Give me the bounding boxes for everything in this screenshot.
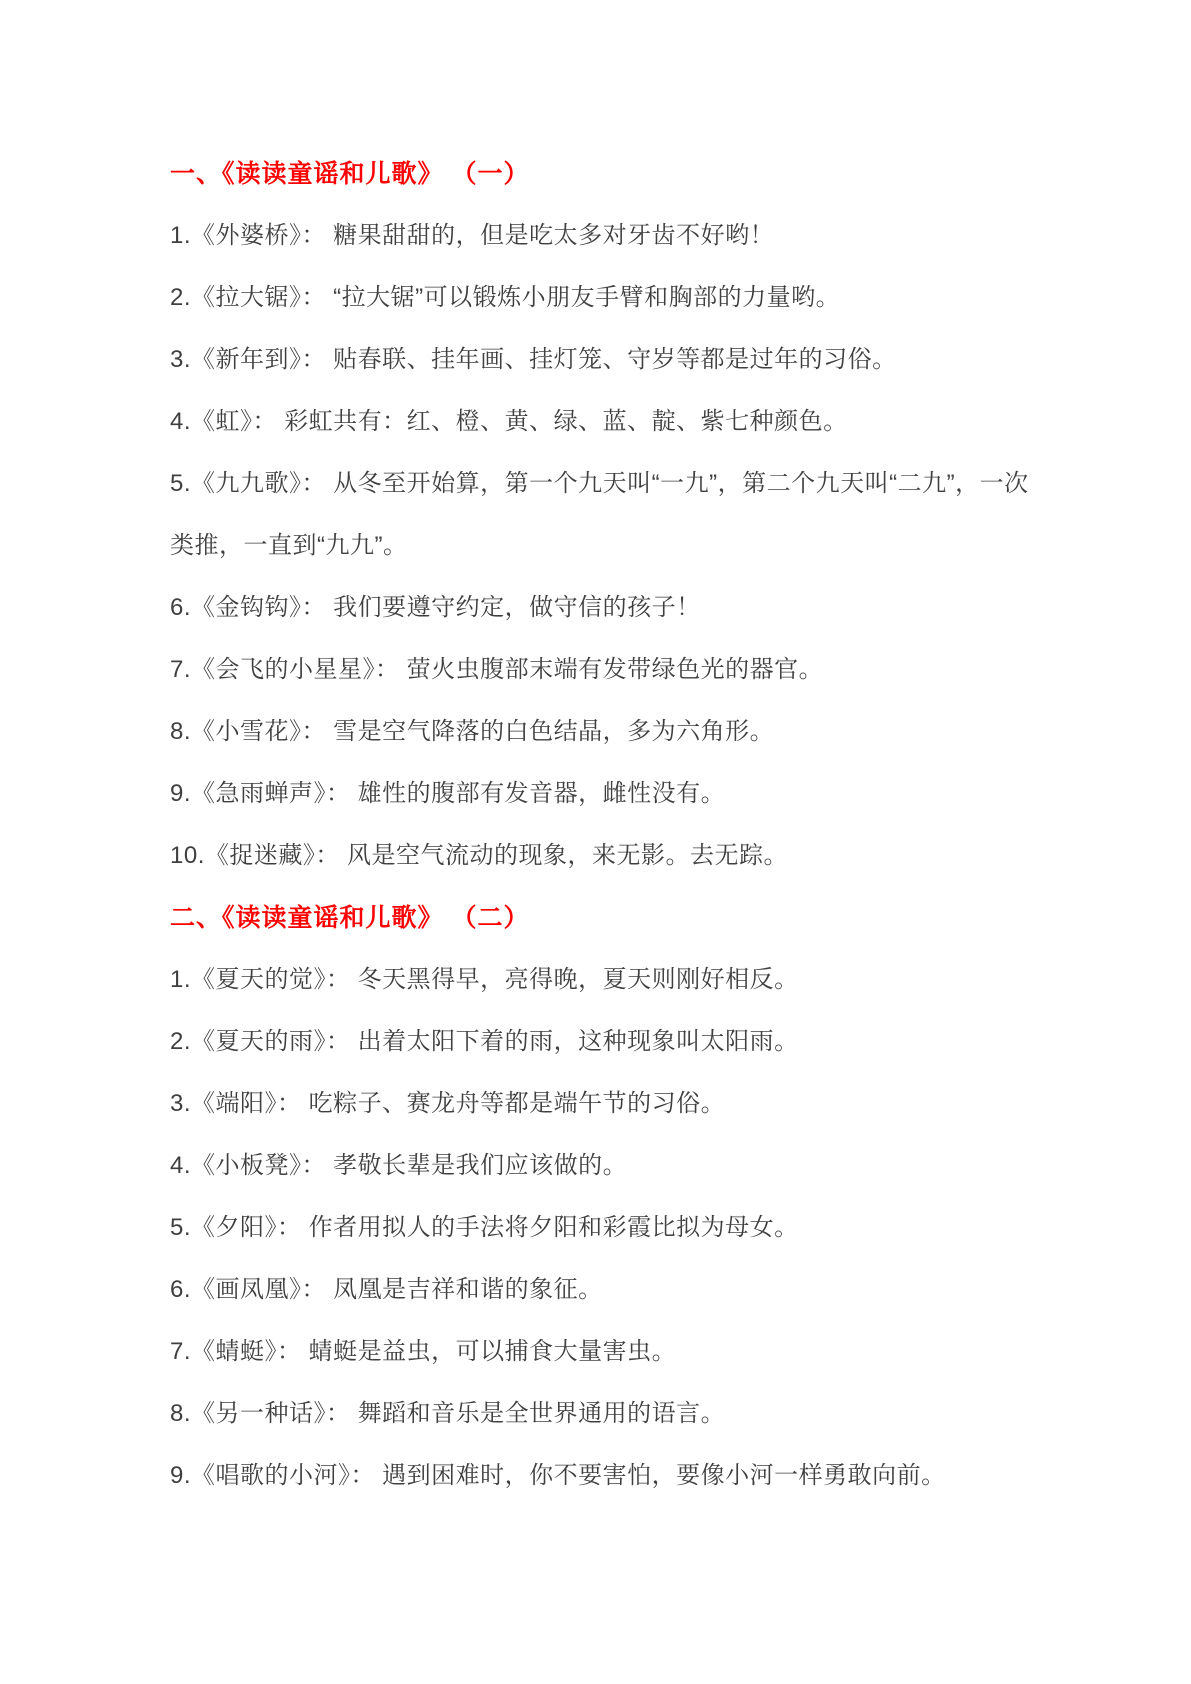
list-item: 7.《蜻蜓》： 蜻蜓是益虫，可以捕食大量害虫。 (170, 1321, 1136, 1383)
list-item: 9.《急雨蝉声》： 雄性的腹部有发音器，雌性没有。 (170, 763, 1136, 825)
section-nursery-rhymes-2: 二、《读读童谣和儿歌》 （二） 1.《夏天的觉》： 冬天黑得早，亮得晚，夏天则刚… (170, 887, 1136, 1507)
section-nursery-rhymes-1: 一、《读读童谣和儿歌》 （一） 1.《外婆桥》： 糖果甜甜的，但是吃太多对牙齿不… (170, 143, 1136, 887)
list-item: 4.《虹》： 彩虹共有：红、橙、黄、绿、蓝、靛、紫七种颜色。 (170, 391, 1136, 453)
list-item: 3.《新年到》： 贴春联、挂年画、挂灯笼、守岁等都是过年的习俗。 (170, 329, 1136, 391)
list-item: 1.《外婆桥》： 糖果甜甜的，但是吃太多对牙齿不好哟！ (170, 205, 1136, 267)
list-item: 6.《画凤凰》： 凤凰是吉祥和谐的象征。 (170, 1259, 1136, 1321)
list-item: 10.《捉迷藏》： 风是空气流动的现象，来无影。去无踪。 (170, 825, 1136, 887)
list-item: 4.《小板凳》： 孝敬长辈是我们应该做的。 (170, 1135, 1136, 1197)
list-item: 8.《另一种话》： 舞蹈和音乐是全世界通用的语言。 (170, 1383, 1136, 1445)
list-item: 5.《九九歌》： 从冬至开始算，第一个九天叫“一九”，第二个九天叫“二九”，一次… (170, 453, 1136, 577)
document-page: 一、《读读童谣和儿歌》 （一） 1.《外婆桥》： 糖果甜甜的，但是吃太多对牙齿不… (0, 0, 1191, 1684)
list-item: 9.《唱歌的小河》： 遇到困难时，你不要害怕，要像小河一样勇敢向前。 (170, 1445, 1136, 1507)
list-item: 7.《会飞的小星星》： 萤火虫腹部末端有发带绿色光的器官。 (170, 639, 1136, 701)
list-item: 2.《夏天的雨》： 出着太阳下着的雨，这种现象叫太阳雨。 (170, 1011, 1136, 1073)
list-item: 8.《小雪花》： 雪是空气降落的白色结晶，多为六角形。 (170, 701, 1136, 763)
list-item: 3.《端阳》： 吃粽子、赛龙舟等都是端午节的习俗。 (170, 1073, 1136, 1135)
section-heading: 一、《读读童谣和儿歌》 （一） (170, 143, 1136, 205)
section-heading: 二、《读读童谣和儿歌》 （二） (170, 887, 1136, 949)
list-item: 1.《夏天的觉》： 冬天黑得早，亮得晚，夏天则刚好相反。 (170, 949, 1136, 1011)
list-item: 5.《夕阳》： 作者用拟人的手法将夕阳和彩霞比拟为母女。 (170, 1197, 1136, 1259)
list-item: 2.《拉大锯》： “拉大锯”可以锻炼小朋友手臂和胸部的力量哟。 (170, 267, 1136, 329)
list-item: 6.《金钩钩》： 我们要遵守约定，做守信的孩子！ (170, 577, 1136, 639)
